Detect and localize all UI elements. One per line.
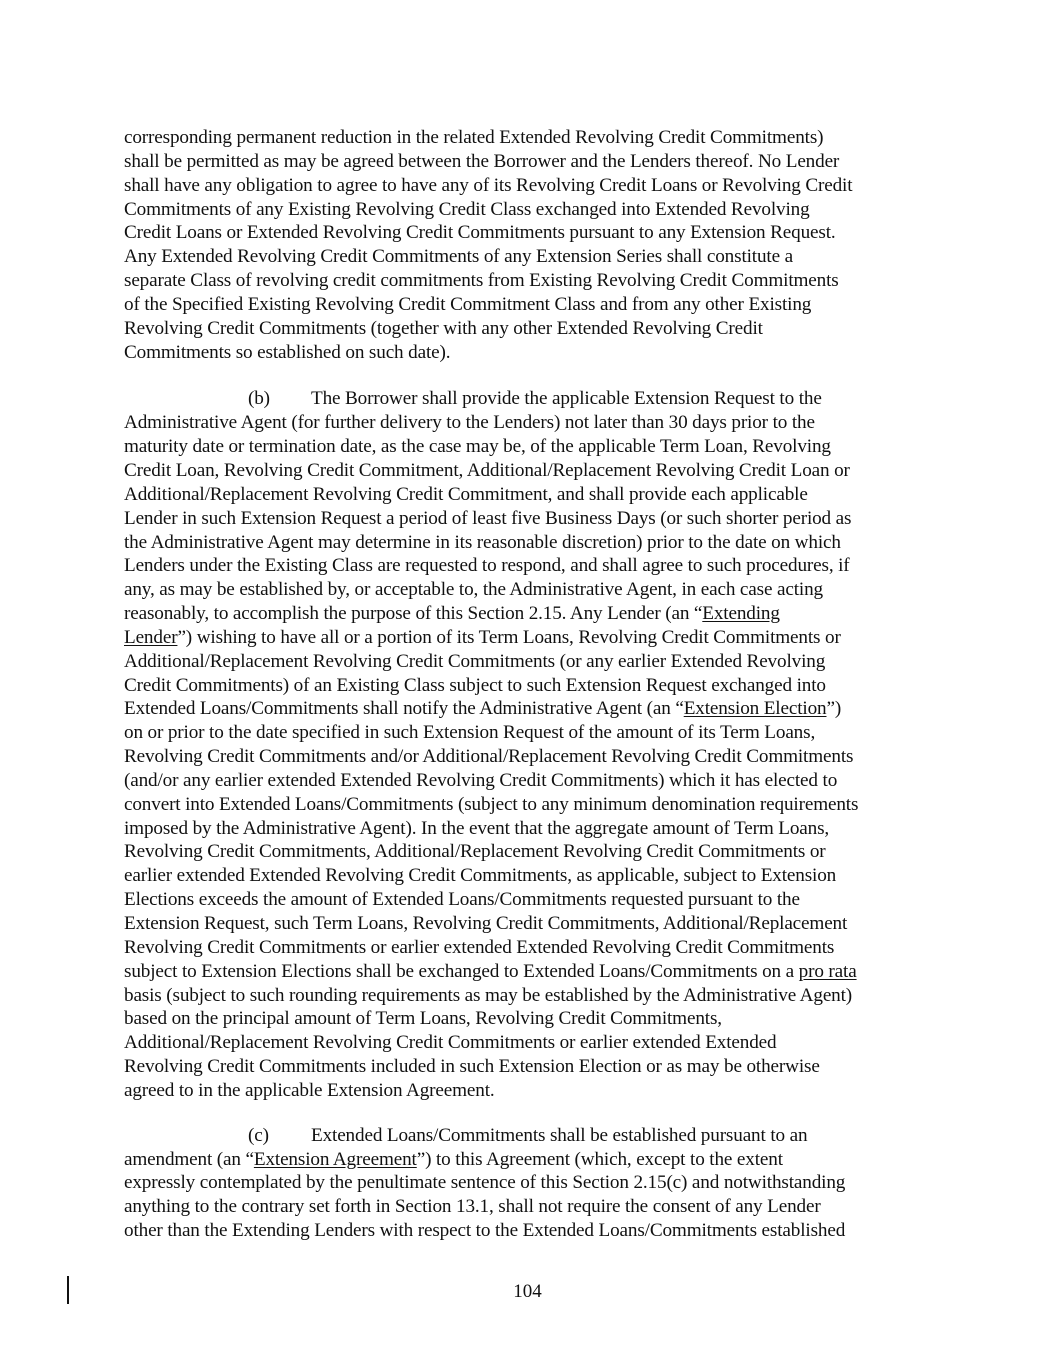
text-line: amendment (an “Extension Agreement”) to … bbox=[124, 1148, 934, 1172]
text-line: Lenders under the Existing Class are req… bbox=[124, 554, 934, 578]
text-line: Additional/Replacement Revolving Credit … bbox=[124, 650, 934, 674]
text-line: any, as may be established by, or accept… bbox=[124, 578, 934, 602]
text-line: Any Extended Revolving Credit Commitment… bbox=[124, 245, 934, 269]
paragraph-b-first-line: (b)The Borrower shall provide the applic… bbox=[124, 387, 934, 411]
defined-term-extension-agreement: Extension Agreement bbox=[254, 1149, 417, 1170]
paragraph-label: (b) bbox=[248, 387, 311, 411]
text-line: anything to the contrary set forth in Se… bbox=[124, 1195, 934, 1219]
paragraph-c: (c)Extended Loans/Commitments shall be e… bbox=[124, 1124, 934, 1243]
text-line: Extension Request, such Term Loans, Revo… bbox=[124, 912, 934, 936]
text-line: reasonably, to accomplish the purpose of… bbox=[124, 602, 934, 626]
paragraph-label: (c) bbox=[248, 1124, 311, 1148]
text-line: Revolving Credit Commitments and/or Addi… bbox=[124, 745, 934, 769]
text-span: reasonably, to accomplish the purpose of… bbox=[124, 603, 702, 624]
page-number: 104 bbox=[0, 1280, 1055, 1304]
text-line: Commitments of any Existing Revolving Cr… bbox=[124, 198, 934, 222]
defined-term-pro-rata: pro rata bbox=[799, 961, 857, 982]
text-span: The Borrower shall provide the applicabl… bbox=[311, 388, 822, 409]
text-line: expressly contemplated by the penultimat… bbox=[124, 1171, 934, 1195]
defined-term-extension-election: Extension Election bbox=[684, 698, 827, 719]
defined-term-extending-lender: Lender bbox=[124, 627, 177, 648]
text-line: convert into Extended Loans/Commitments … bbox=[124, 793, 934, 817]
text-line: Administrative Agent (for further delive… bbox=[124, 411, 934, 435]
text-line: Commitments so established on such date)… bbox=[124, 341, 934, 365]
text-line: other than the Extending Lenders with re… bbox=[124, 1219, 934, 1243]
defined-term-extending-lender: Extending bbox=[702, 603, 780, 624]
text-line: Additional/Replacement Revolving Credit … bbox=[124, 1031, 934, 1055]
text-line: basis (subject to such rounding requirem… bbox=[124, 984, 934, 1008]
document-page: corresponding permanent reduction in the… bbox=[124, 126, 934, 1264]
text-line: the Administrative Agent may determine i… bbox=[124, 531, 934, 555]
text-span: ”) to this Agreement (which, except to t… bbox=[417, 1149, 783, 1170]
text-span: Extended Loans/Commitments shall be esta… bbox=[311, 1125, 807, 1146]
text-line: shall be permitted as may be agreed betw… bbox=[124, 150, 934, 174]
paragraph-c-first-line: (c)Extended Loans/Commitments shall be e… bbox=[124, 1124, 934, 1148]
text-line: Revolving Credit Commitments (together w… bbox=[124, 317, 934, 341]
text-span: subject to Extension Elections shall be … bbox=[124, 961, 799, 982]
text-line: Credit Loan, Revolving Credit Commitment… bbox=[124, 459, 934, 483]
text-line: Elections exceeds the amount of Extended… bbox=[124, 888, 934, 912]
text-line: subject to Extension Elections shall be … bbox=[124, 960, 934, 984]
text-span: amendment (an “ bbox=[124, 1149, 254, 1170]
text-span: ”) wishing to have all or a portion of i… bbox=[177, 627, 840, 648]
text-line: agreed to in the applicable Extension Ag… bbox=[124, 1079, 934, 1103]
text-line: Credit Loans or Extended Revolving Credi… bbox=[124, 221, 934, 245]
text-line: Revolving Credit Commitments, Additional… bbox=[124, 840, 934, 864]
text-span: ”) bbox=[826, 698, 841, 719]
text-span: Extended Loans/Commitments shall notify … bbox=[124, 698, 684, 719]
text-line: corresponding permanent reduction in the… bbox=[124, 126, 934, 150]
text-line: maturity date or termination date, as th… bbox=[124, 435, 934, 459]
text-line: imposed by the Administrative Agent). In… bbox=[124, 817, 934, 841]
text-line: on or prior to the date specified in suc… bbox=[124, 721, 934, 745]
text-line: of the Specified Existing Revolving Cred… bbox=[124, 293, 934, 317]
text-line: Lender in such Extension Request a perio… bbox=[124, 507, 934, 531]
text-line: Extended Loans/Commitments shall notify … bbox=[124, 697, 934, 721]
text-line: shall have any obligation to agree to ha… bbox=[124, 174, 934, 198]
text-line: (and/or any earlier extended Extended Re… bbox=[124, 769, 934, 793]
text-line: Revolving Credit Commitments included in… bbox=[124, 1055, 934, 1079]
text-line: Credit Commitments) of an Existing Class… bbox=[124, 674, 934, 698]
text-line: Additional/Replacement Revolving Credit … bbox=[124, 483, 934, 507]
text-line: based on the principal amount of Term Lo… bbox=[124, 1007, 934, 1031]
text-line: Revolving Credit Commitments or earlier … bbox=[124, 936, 934, 960]
text-line: Lender”) wishing to have all or a portio… bbox=[124, 626, 934, 650]
paragraph-b: (b)The Borrower shall provide the applic… bbox=[124, 387, 934, 1102]
paragraph-a-continued: corresponding permanent reduction in the… bbox=[124, 126, 934, 364]
text-line: earlier extended Extended Revolving Cred… bbox=[124, 864, 934, 888]
text-line: separate Class of revolving credit commi… bbox=[124, 269, 934, 293]
